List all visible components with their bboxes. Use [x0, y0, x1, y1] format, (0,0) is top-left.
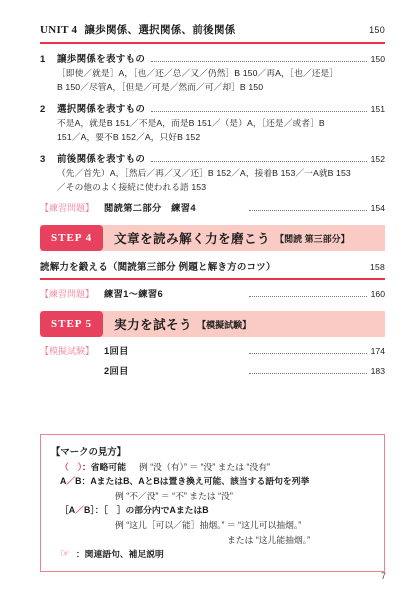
step5-title: 実力を試そう	[114, 315, 192, 333]
toc-item-3: 3 前後関係を表すもの 152 （先／首先）A，［然后／再／又／还］B 152／…	[40, 151, 385, 194]
item-number: 3	[40, 154, 57, 165]
step4-banner: STEP 4 文章を読み解く力を磨こう 【閲読 第三部分】	[40, 225, 385, 251]
unit-title: 譲歩関係、選択関係、前後関係	[84, 22, 235, 37]
dotted-leader	[151, 61, 366, 62]
legend-desc: ：AまたはB、AとBは置き換え可能、該当する語句を列挙	[82, 476, 310, 486]
practice-label: 【練習問題】	[40, 201, 104, 214]
practice-text: 閲読第二部分 練習4	[104, 200, 196, 214]
step5-subtitle: 【模擬試験】	[197, 318, 251, 331]
dotted-leader	[249, 296, 367, 297]
legend-example: 例 “这儿［可以／能］抽烟。” ＝ “这儿可以抽烟。”	[115, 518, 376, 533]
toc-item-heading: 2 選択関係を表すもの 151	[40, 101, 385, 115]
legend-desc: ：関連語句、補足説明	[76, 549, 164, 559]
step5-banner: STEP 5 実力を試そう 【模擬試験】	[40, 311, 385, 337]
practice-line-1-6: 【練習問題】 練習1～練習6 160	[40, 286, 385, 300]
legend-row-slash: A／B：AまたはB、AとBは置き換え可能、該当する語句を列挙	[60, 474, 376, 489]
item-page-number: 152	[371, 154, 385, 164]
item-title: 前後関係を表すもの	[57, 151, 145, 165]
step4-subtitle: 【閲読 第三部分】	[275, 232, 350, 245]
practice-line-reading2: 【練習問題】 閲読第二部分 練習4 154	[40, 200, 385, 214]
toc-page-content: UNIT 4 譲歩関係、選択関係、前後関係 150 1 譲歩関係を表すもの 15…	[40, 22, 385, 572]
item-page-number: 151	[371, 104, 385, 114]
item-detail-lines: 不是A，就是B 151／不是A，而是B 151／（是）A，［还是／或者］B 15…	[57, 117, 385, 144]
toc-item-heading: 1 譲歩関係を表すもの 150	[40, 51, 385, 65]
mock-exam-text: 2回目	[104, 363, 129, 377]
mock-exam-label: 【模擬試験】	[40, 344, 104, 357]
item-detail-lines: （先／首先）A，［然后／再／又／还］B 152／A，接着B 153／一A就B 1…	[57, 167, 385, 194]
detail-line: B 150／尽管A，［但是／可是／然而／可／却］B 150	[57, 81, 385, 95]
legend-example: または “这儿能抽烟。”	[227, 533, 376, 548]
dotted-leader	[249, 210, 367, 211]
mock-exam-page-number: 183	[371, 366, 385, 376]
bracket-mark-b: B］	[84, 505, 95, 515]
toc-item-2: 2 選択関係を表すもの 151 不是A，就是B 151／不是A，而是B 151／…	[40, 101, 385, 144]
dotted-leader	[249, 353, 367, 354]
practice-page-number: 154	[371, 203, 385, 213]
unit-label: UNIT 4	[40, 24, 77, 36]
practice-text: 練習1～練習6	[104, 286, 163, 300]
mock-exam-line-1: 【模擬試験】 1回目 174	[40, 343, 385, 357]
legend-desc: ：省略可能	[82, 462, 126, 472]
legend-row-brackets: ［A／B］：［ ］の部分内でAまたはB	[60, 503, 376, 518]
step5-badge: STEP 5	[40, 311, 103, 337]
detail-line: ／その他のよく接続に使われる語 153	[57, 181, 385, 195]
legend-title: 【マークの見方】	[51, 445, 376, 460]
mock-exam-line-2: 2回目 183	[40, 363, 385, 377]
bracket-mark-a: ［A	[60, 505, 75, 515]
unit-page-number: 150	[369, 25, 385, 35]
mock-exam-page-number: 174	[371, 346, 385, 356]
item-page-number: 150	[371, 54, 385, 64]
slash-icon: ／	[66, 476, 75, 486]
step4-title: 文章を読み解く力を磨こう	[114, 229, 270, 247]
pointing-hand-icon: ☞	[60, 548, 70, 560]
legend-row-pointer: ☞：関連語句、補足説明	[60, 547, 376, 562]
reading-skill-text: 読解力を鍛える（閲読第三部分 例題と解き方のコツ）	[40, 259, 276, 273]
legend-example: 例 “没（有）” ＝ “没” または “没有”	[139, 462, 270, 472]
practice-page-number: 160	[371, 289, 385, 299]
reading-skill-page-number: 158	[370, 262, 385, 272]
slash-icon: ／	[75, 505, 84, 515]
detail-line: ［即使／就是］A，［也／还／总／又／仍然］B 150／再A，［也／还是］	[57, 67, 385, 81]
dotted-leader	[249, 373, 367, 374]
mark-legend-box: 【マークの見方】 （ ）：省略可能例 “没（有）” ＝ “没” または “没有”…	[40, 434, 385, 572]
legend-desc: ：［ ］の部分内でAまたはB	[95, 505, 209, 515]
mock-exam-text: 1回目	[104, 343, 129, 357]
legend-example: 例 “不／没” ＝ “不” または “没”	[115, 489, 376, 504]
item-detail-lines: ［即使／就是］A，［也／还／总／又／仍然］B 150／再A，［也／还是］ B 1…	[57, 67, 385, 94]
detail-line: 不是A，就是B 151／不是A，而是B 151／（是）A，［还是／或者］B	[57, 117, 385, 131]
item-number: 2	[40, 104, 57, 115]
dotted-leader	[151, 111, 366, 112]
dotted-leader	[151, 161, 366, 162]
item-number: 1	[40, 54, 57, 65]
item-title: 譲歩関係を表すもの	[57, 51, 145, 65]
toc-item-heading: 3 前後関係を表すもの 152	[40, 151, 385, 165]
step4-badge: STEP 4	[40, 225, 103, 251]
legend-row-parentheses: （ ）：省略可能例 “没（有）” ＝ “没” または “没有”	[60, 460, 376, 475]
toc-item-1: 1 譲歩関係を表すもの 150 ［即使／就是］A，［也／还／总／又／仍然］B 1…	[40, 51, 385, 94]
unit-header: UNIT 4 譲歩関係、選択関係、前後関係 150	[40, 22, 385, 44]
detail-line: 151／A，要不B 152／A，只好B 152	[57, 131, 385, 145]
item-title: 選択関係を表すもの	[57, 101, 145, 115]
parentheses-mark: （ ）	[60, 462, 82, 472]
reading-skill-line: 読解力を鍛える（閲読第三部分 例題と解き方のコツ） 158	[40, 251, 385, 280]
practice-label: 【練習問題】	[40, 287, 104, 300]
detail-line: （先／首先）A，［然后／再／又／还］B 152／A，接着B 153／一A就B 1…	[57, 167, 385, 181]
page-number: 7	[381, 571, 386, 581]
